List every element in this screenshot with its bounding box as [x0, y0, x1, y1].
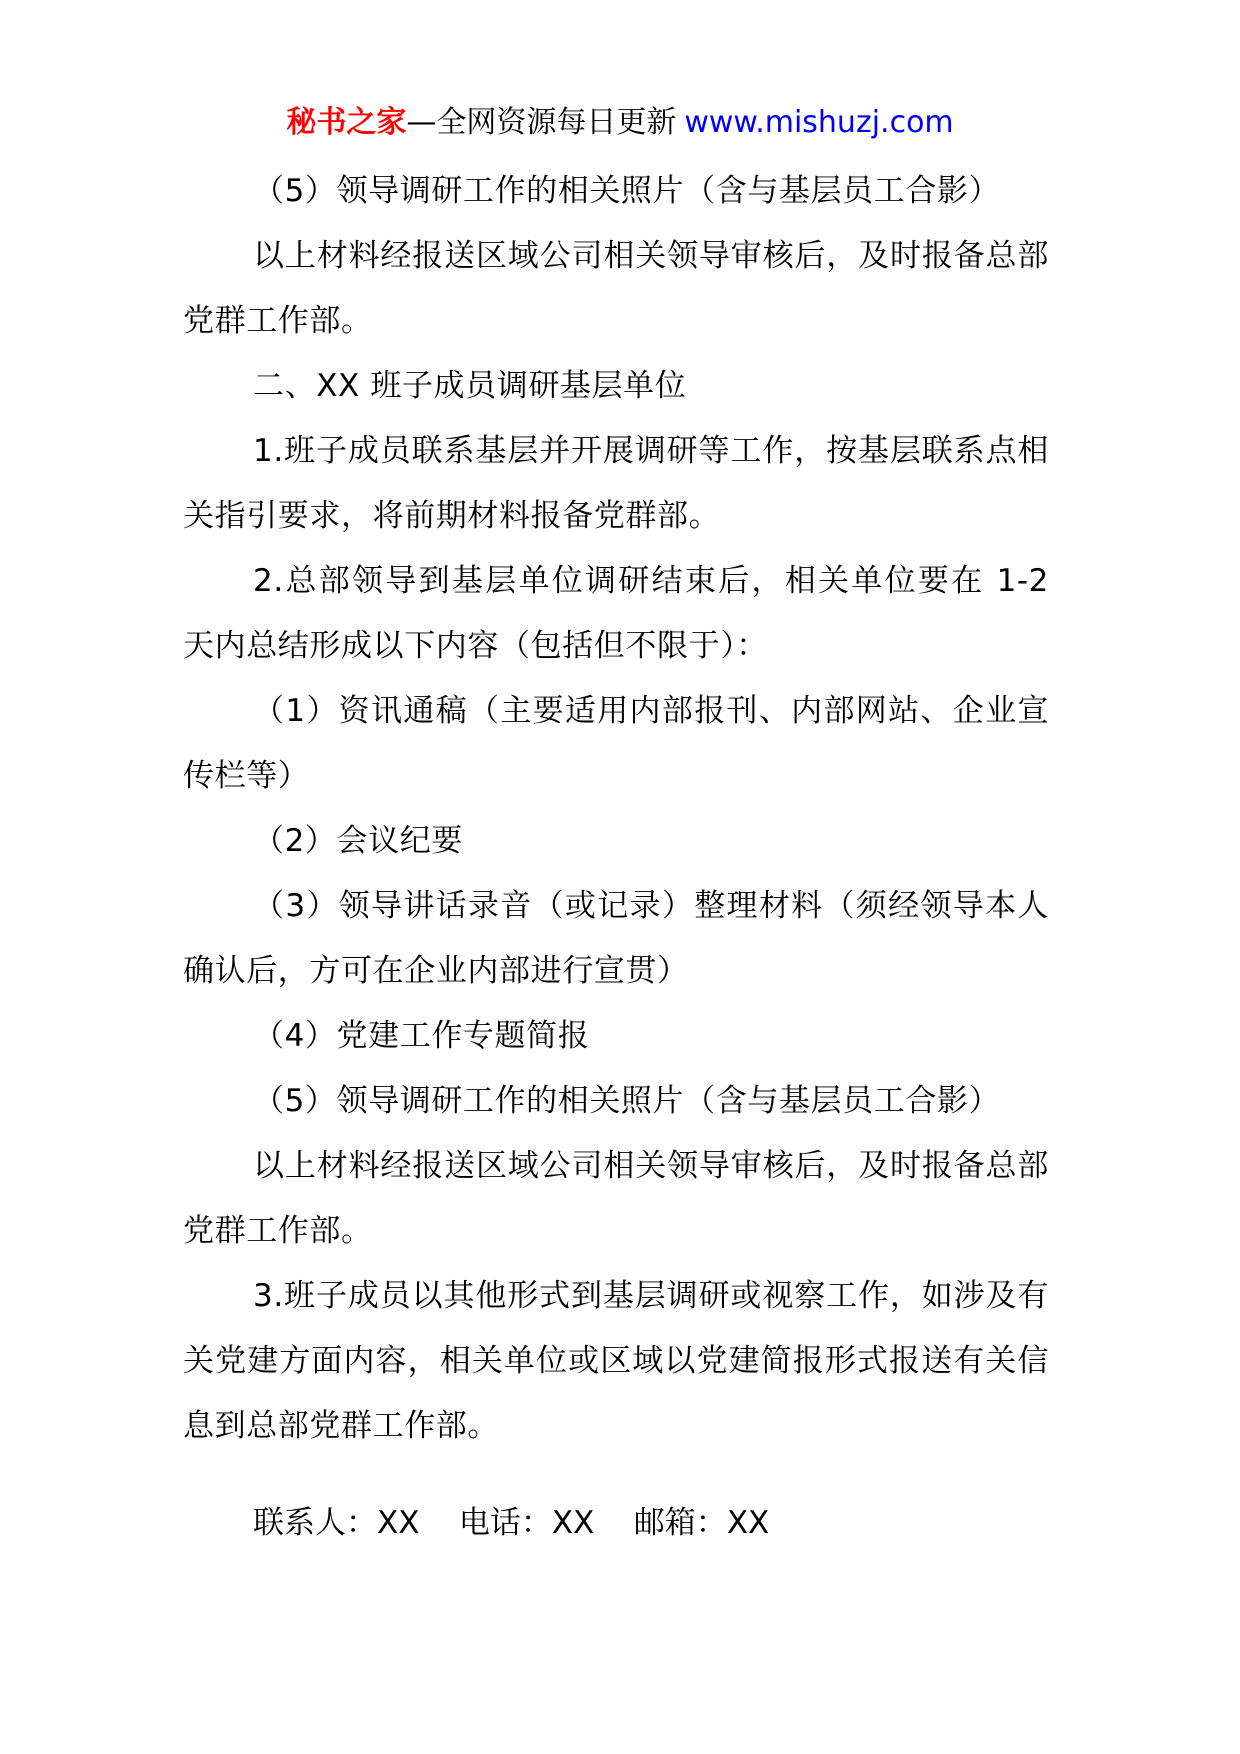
section-heading-2: 二、XX 班子成员调研基层单位 — [183, 354, 1049, 419]
contact-person-label: 联系人： — [253, 1505, 377, 1541]
contact-phone-label: 电话： — [459, 1505, 552, 1541]
brand-name: 秘书之家 — [286, 105, 406, 140]
list-item-meeting-minutes: （2）会议纪要 — [183, 809, 1049, 874]
list-item-speech-transcript: （3）领导讲话录音（或记录）整理材料（须经领导本人确认后，方可在企业内部进行宣贯… — [183, 874, 1049, 1004]
list-item-photos: （5）领导调研工作的相关照片（含与基层员工合影） — [183, 1069, 1049, 1134]
site-watermark-header: 秘书之家—全网资源每日更新www.mishuzj.com — [0, 98, 1240, 148]
paragraph-item-1: 1.班子成员联系基层并开展调研等工作，按基层联系点相关指引要求，将前期材料报备党… — [183, 419, 1049, 549]
list-item-party-briefing: （4）党建工作专题简报 — [183, 1004, 1049, 1069]
document-body: （5）领导调研工作的相关照片（含与基层员工合影） 以上材料经报送区域公司相关领导… — [183, 159, 1049, 1556]
contact-person-value: XX — [377, 1505, 419, 1541]
paragraph-item-3: 3.班子成员以其他形式到基层调研或视察工作，如涉及有关党建方面内容，相关单位或区… — [183, 1264, 1049, 1459]
contact-phone-value: XX — [552, 1505, 594, 1541]
blank-line — [183, 1459, 1049, 1491]
site-url[interactable]: www.mishuzj.com — [684, 105, 953, 140]
paragraph-item-2: 2.总部领导到基层单位调研结束后，相关单位要在 1-2 天内总结形成以下内容（包… — [183, 549, 1049, 679]
contact-email-value: XX — [727, 1505, 769, 1541]
brand-tagline: —全网资源每日更新 — [406, 105, 676, 140]
paragraph-photos-item: （5）领导调研工作的相关照片（含与基层员工合影） — [183, 159, 1049, 224]
contact-email-label: 邮箱： — [634, 1505, 727, 1541]
contact-line: 联系人：XX 电话：XX 邮箱：XX — [183, 1491, 1049, 1556]
paragraph-submission-note: 以上材料经报送区域公司相关领导审核后，及时报备总部党群工作部。 — [183, 224, 1049, 354]
paragraph-submission-note-2: 以上材料经报送区域公司相关领导审核后，及时报备总部党群工作部。 — [183, 1134, 1049, 1264]
list-item-news-release: （1）资讯通稿（主要适用内部报刊、内部网站、企业宣传栏等） — [183, 679, 1049, 809]
